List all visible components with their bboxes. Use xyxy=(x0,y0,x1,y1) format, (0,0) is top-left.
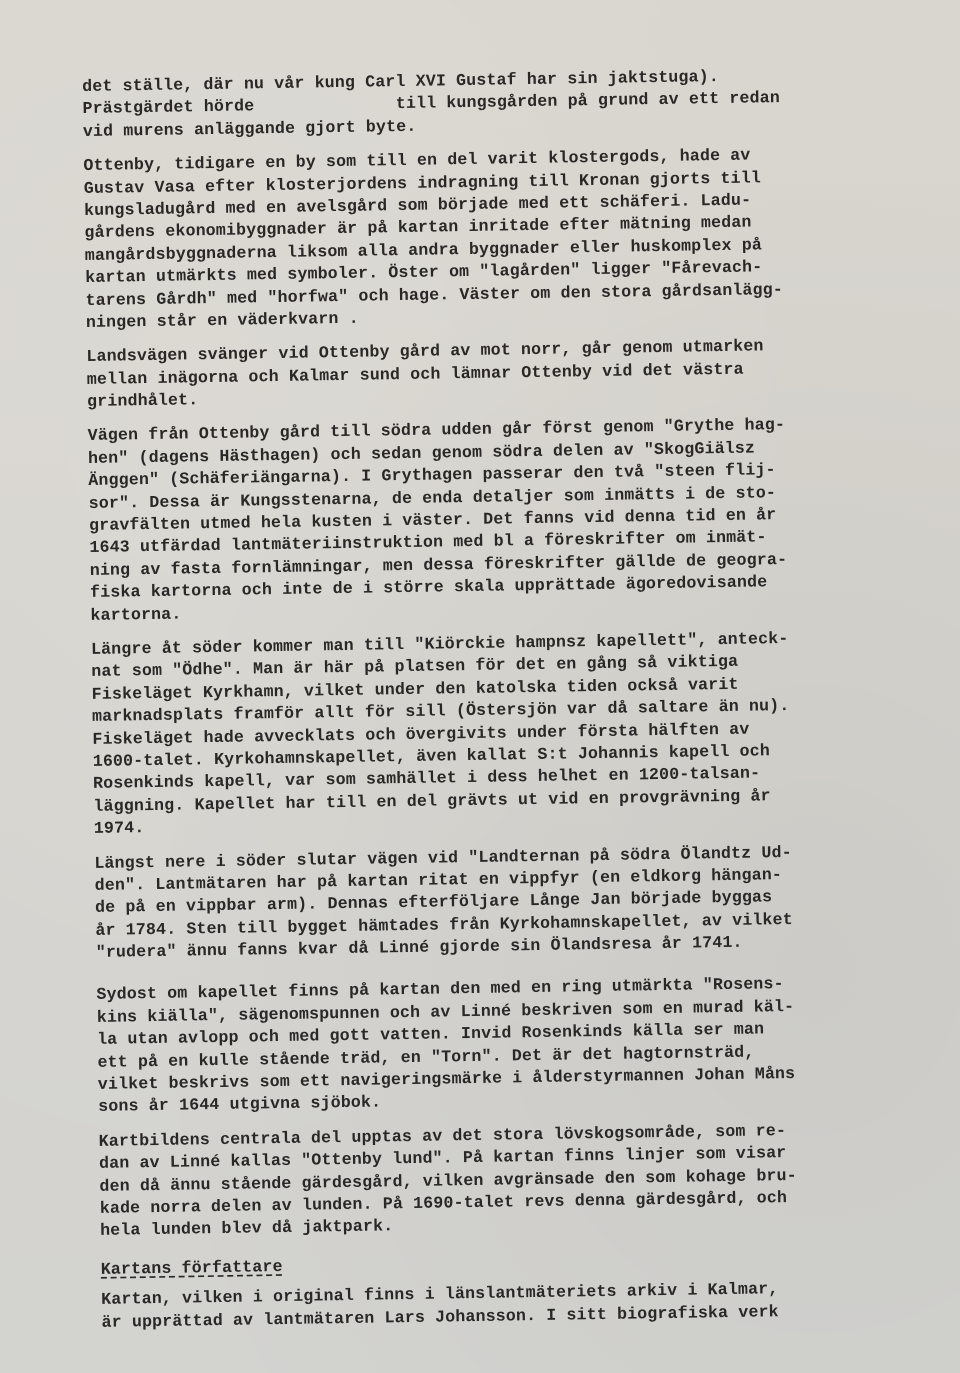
paragraph-rosenskins-kialla: Sydost om kapellet finns på kartan den m… xyxy=(96,972,898,1119)
paragraph-landsvagen: Landsvägen svänger vid Ottenby gård av m… xyxy=(86,334,887,414)
paragraph-ottenby: Ottenby, tidigare en by som till en del … xyxy=(83,143,886,335)
paragraph-jaktstuga: det ställe, där nu vår kung Carl XVI Gus… xyxy=(82,63,883,143)
paragraph-landternan: Längst nere i söder slutar vägen vid "La… xyxy=(94,840,896,965)
typewritten-page: det ställe, där nu vår kung Carl XVI Gus… xyxy=(0,0,960,1373)
paragraph-kartan: Kartan, vilken i original finns i länsla… xyxy=(101,1276,902,1333)
section-heading: Kartans författare xyxy=(101,1246,901,1281)
paragraph-ottenby-lund: Kartbildens centrala del upptas av det s… xyxy=(99,1118,901,1243)
paragraph-vagen: Vägen från Ottenby gård till södra udden… xyxy=(87,413,890,627)
document-body: det ställe, där nu vår kung Carl XVI Gus… xyxy=(82,63,902,1345)
section-heading-text: Kartans författare xyxy=(101,1246,901,1281)
paragraph-kapellett: Längre åt söder kommer man till "Kiörcki… xyxy=(91,626,894,840)
